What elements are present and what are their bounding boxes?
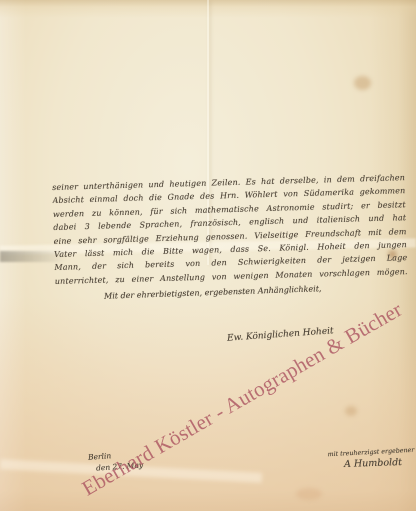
dateline-place: Berlin bbox=[88, 451, 112, 462]
paper-stain bbox=[345, 406, 357, 416]
dateline-day: den 27. May bbox=[96, 460, 144, 472]
closing-formula: Mit der ehrerbietigsten, ergebensten Anh… bbox=[104, 284, 322, 301]
signature-name: A Humboldt bbox=[337, 457, 409, 471]
dealer-watermark: Eberhard Köstler - Autographen & Bücher bbox=[78, 297, 407, 501]
address-line: Ew. Königlichen Hoheit bbox=[227, 326, 334, 343]
handwritten-paragraph: seiner unterthänigen und heutigen Zeilen… bbox=[52, 171, 408, 288]
letter-scan: seiner unterthänigen und heutigen Zeilen… bbox=[0, 0, 416, 511]
paper-stain bbox=[296, 488, 322, 500]
paper-stain bbox=[354, 76, 371, 90]
